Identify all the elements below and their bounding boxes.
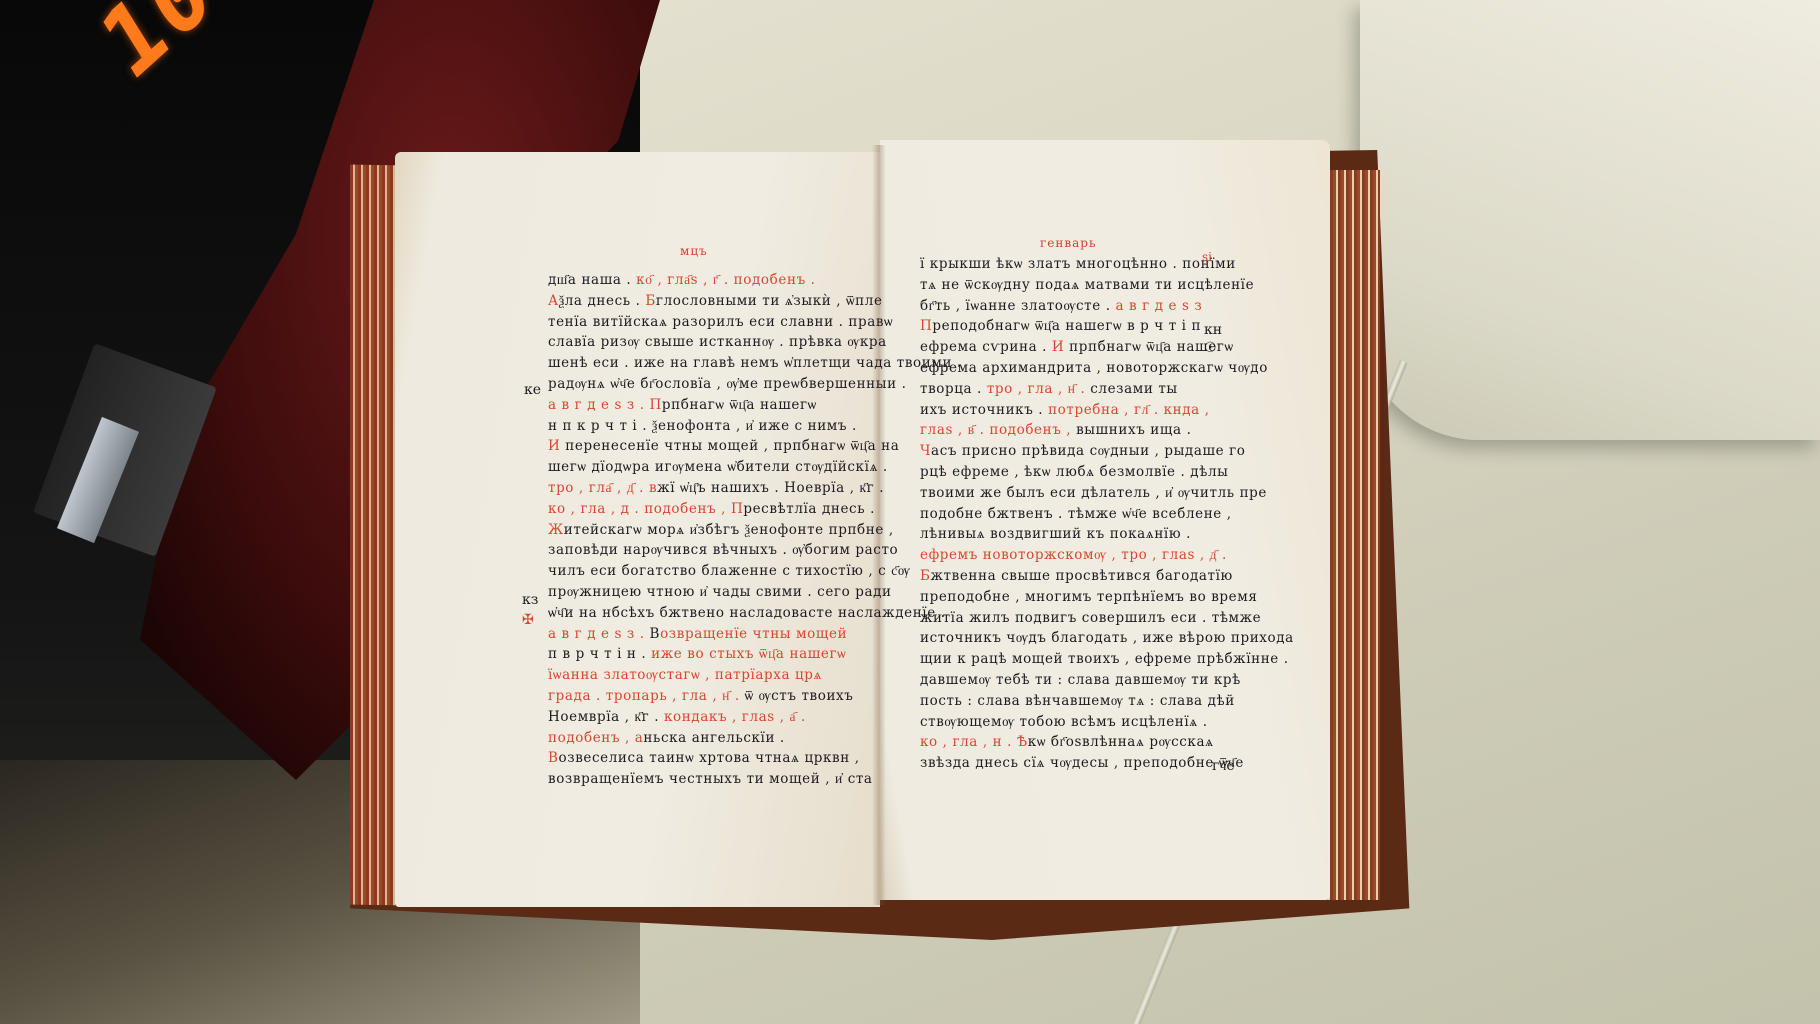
body-text: ї крыкши ѣкѡ златъ многоцѣнно . понїми [920,256,1236,272]
body-text: слезами ты [1085,381,1177,397]
right-running-head: генварь [1040,236,1097,250]
text-line: дш҃а наша . ко҃ , гла҃ѕ , г҃ . подобенъ … [548,270,848,291]
rubric-text: тро , гла , н҃ . [987,381,1086,397]
rubric-text: В [548,750,559,766]
rubric-text: потребна , гл҃ . кнда , [1048,402,1210,418]
text-line: ко , гла , н . Ѣкѡ бг҃оѕвлѣннаѧ рѹсскаѧ [920,732,1210,753]
rubric-text: кондакъ , глаѕ , а҃ . [664,709,806,725]
text-line: прѹжницею чтною и҆ чады свими . сего рад… [548,582,848,603]
text-line: радѹнѧ ѡ҆ч҃е бг҃ословїа , ѹ҆ме преѡбверш… [548,374,848,395]
body-text: вышнихъ ища . [1071,422,1191,438]
body-text: щии к рацѣ мощей твоихъ , ефреме прѣбжїн… [920,651,1289,667]
body-text: озвеселиса таинѡ хртова чтнаѧ црквн , [559,750,860,766]
text-line: рцѣ ефреме , ѣкѡ любѧ безмолвїе . дѣлы [920,462,1210,483]
rubric-text: П [920,318,932,334]
rubric-text: Ж [548,522,564,538]
text-line: звѣзда днесь сїѧ чѹдесы , преподобне ѿч҃… [920,753,1210,774]
text-line: шенѣ еси . иже на главѣ немъ ѡ҆плетщи ча… [548,353,848,374]
rubric-text: Б [920,568,931,584]
text-line: подобне бжтвенъ . тѣмже ѡ҆ч҃е всеблене , [920,504,1210,525]
rubric-text: тро , гла҃ , д҃ . в [548,480,657,496]
body-text: чилъ еси богатство блаженне с тихостїю ,… [548,563,910,579]
body-text: кѡ бг҃оѕвлѣннаѧ рѹсскаѧ [1028,734,1214,750]
body-text: ньска ангельскїи . [643,730,784,746]
text-line: а в г д е ѕ з . Возвращенїе чтны мощей [548,624,848,645]
text-line: Преподобнагѡ ѿц҃а нашегѡ в р ч т і п [920,316,1210,337]
rubric-text: їѡанна златоѹстагѡ , патрїарха црѧ [548,667,822,683]
text-line: їѡанна златоѹстагѡ , патрїарха црѧ [548,665,848,686]
text-line: Ноемврїа , к҃г . кондакъ , глаѕ , а҃ . [548,707,848,728]
body-text: итейскагѡ морѧ и҆збѣгъ ѯенофонте прпбне … [564,522,894,538]
text-line: ефрема сѵрина . И прпбнагѡ ѿц҃а нашегѡ [920,337,1210,358]
rubric-text: подобенъ , а [548,730,643,746]
rubric-text: П [731,501,743,517]
body-text: лѣнивыѧ воздвигший къ покаѧнїю . [920,526,1191,542]
text-line: заповѣди нарѹчився вѣчныхъ . ѹ҆богим рас… [548,540,848,561]
body-text: звѣзда днесь сїѧ чѹдесы , преподобне ѿч҃… [920,755,1244,771]
body-text: твоими же былъ еси дѣлатель , и҆ ѹчитль … [920,485,1267,501]
body-text: реподобнагѡ ѿц҃а нашегѡ в р ч т і п [932,318,1201,334]
body-text: возвращенїемъ честныхъ ти мощей , и҆ ста [548,771,873,787]
text-line: н п к р ч т і . ѯенофонта , и҆ иже с ним… [548,416,848,437]
left-margin-date-25: ке [524,382,541,398]
body-text: пость : слава вѣнчавшемѹ тѧ : слава дѣй [920,693,1235,709]
body-text: ѿ ѹстъ твоихъ [745,688,854,704]
rubric-text: а в г д е ѕ з . [548,626,650,642]
body-text: рпбнагѡ ѿц҃а нашегѡ [662,397,817,413]
rubric-text: ко , гла , д . подобенъ , [548,501,731,517]
cross-icon: ✠ [522,612,534,628]
rubric-text: града . тропарь , гла , н҃ . [548,688,745,704]
body-text: ѯла днесь . [559,293,646,309]
rubric-text: а в г д е ѕ з [1111,298,1203,314]
body-text: подобне бжтвенъ . тѣмже ѡ҆ч҃е всеблене , [920,506,1232,522]
text-line: И перенесенїе чтны мощей , прпбнагѡ ѿц҃а… [548,436,848,457]
body-text: шенѣ еси . иже на главѣ немъ ѡ҆плетщи ча… [548,355,962,371]
text-line: щии к рацѣ мощей твоихъ , ефреме прѣбжїн… [920,649,1210,670]
text-line: шегѡ дїодѡра игѹмена ѡ҆бители стѹдїйскїѧ… [548,457,848,478]
text-line: житїа жилъ подвигъ совершилъ еси . тѣмже [920,608,1210,629]
text-line: Бжтвенна свыше просвѣтився багодатїю [920,566,1210,587]
text-line: Часъ присно прѣвида сѹдныи , рыдаше го [920,441,1210,462]
right-page-text: ї крыкши ѣкѡ златъ многоцѣнно . понїмитѧ… [920,254,1210,774]
body-text: ѡ҆ч҃и на нбсѣхъ бжтвено насладовасте нас… [548,605,946,621]
text-line: твоими же былъ еси дѣлатель , и҆ ѹчитль … [920,483,1210,504]
rubric-text: П [650,397,662,413]
body-text: ефрема архимандрита , новоторжскагѡ чѹдо [920,360,1268,376]
sofa-cushion [1360,0,1820,440]
body-text: творца . [920,381,987,397]
text-line: ефремъ новоторжскомѹ , тро , глаѕ , д҃ . [920,545,1210,566]
text-line: п в р ч т і н . иже во стыхъ ѿц҃а нашегѡ [548,644,848,665]
body-text: прѹжницею чтною и҆ чады свими . сего рад… [548,584,892,600]
rubric-text: И [548,438,560,454]
text-line: а в г д е ѕ з . Прпбнагѡ ѿц҃а нашегѡ [548,395,848,416]
body-text: жї ѡ҆ц҃ъ нашихъ . Ноеврїа , к҃г . [657,480,884,496]
body-text: перенесенїе чтны мощей , прпбнагѡ ѿц҃а н… [560,438,899,454]
body-text: ствѹющемѹ тобою всѣмъ исцѣленїѧ . [920,714,1208,730]
text-line: тѧ не ѿскѹдну подаѧ матвами ти исцѣленїе [920,275,1210,296]
text-line: Аѯла днесь . Бглословными ти ѧ҆зыкѝ , ѿп… [548,291,848,312]
rubric-text: а в г д е ѕ з . [548,397,650,413]
text-line: лѣнивыѧ воздвигший къ покаѧнїю . [920,524,1210,545]
body-text: давшемѹ тебѣ ти : слава давшемѹ ти крѣ [920,672,1241,688]
body-text: прпбнагѡ ѿц҃а нашегѡ [1064,339,1233,355]
body-text: ресвѣтлїа днесь . [743,501,875,517]
text-line: пость : слава вѣнчавшемѹ тѧ : слава дѣй [920,691,1210,712]
rubric-text: Ч [920,443,931,459]
body-text: преподобне , многимъ терпѣнїемъ во время [920,589,1257,605]
body-text: шегѡ дїодѡра игѹмена ѡ҆бители стѹдїйскїѧ… [548,459,888,475]
text-line: славїа ризѹ свыше истканнѹ . прѣвка ѹкра [548,332,848,353]
body-text: п в р ч т і н . [548,646,651,662]
body-text: н п к р ч т і . ѯенофонта , и҆ иже с ним… [548,418,857,434]
body-text: бг҃ть , їѡанне златоѹсте . [920,298,1111,314]
text-line: Житейскагѡ морѧ и҆збѣгъ ѯенофонте прпбне… [548,520,848,541]
body-text: рцѣ ефреме , ѣкѡ любѧ безмолвїе . дѣлы [920,464,1228,480]
text-line: чилъ еси богатство блаженне с тихостїю ,… [548,561,848,582]
text-line: града . тропарь , гла , н҃ . ѿ ѹстъ твои… [548,686,848,707]
text-line: ефрема архимандрита , новоторжскагѡ чѹдо [920,358,1210,379]
text-line: преподобне , многимъ терпѣнїемъ во время [920,587,1210,608]
body-text: тѧ не ѿскѹдну подаѧ матвами ти исцѣленїе [920,277,1254,293]
body-text: жтвенна свыше просвѣтився багодатїю [931,568,1233,584]
body-text: асъ присно прѣвида сѹдныи , рыдаше го [931,443,1245,459]
body-text: глословными ти ѧ҆зыкѝ , ѿпле [656,293,883,309]
rubric-text: озвращенїе чтны мощей [660,626,847,642]
body-text: тенїа витїйскаѧ разорилъ еси славни . пр… [548,314,893,330]
text-line: ихъ источникъ . потребна , гл҃ . кнда , [920,400,1210,421]
page-edges-right [1325,170,1380,900]
body-text: Ноемврїа , к҃г . [548,709,664,725]
body-text: радѹнѧ ѡ҆ч҃е бг҃ословїа , ѹ҆ме преѡбверш… [548,376,907,392]
body-text: В [650,626,661,642]
rubric-text: ко҃ , гла҃ѕ , г҃ . подобенъ . [631,272,815,288]
rubric-text: глаѕ , в҃ . подобенъ , [920,422,1071,438]
body-text: житїа жилъ подвигъ совершилъ еси . тѣмже [920,610,1261,626]
text-line: ко , гла , д . подобенъ , Пресвѣтлїа дне… [548,499,848,520]
text-line: бг҃ть , їѡанне златоѹсте . а в г д е ѕ з [920,296,1210,317]
rubric-text: Ѣ [1017,734,1028,750]
text-line: тенїа витїйскаѧ разорилъ еси славни . пр… [548,312,848,333]
rubric-text: ефремъ новоторжскомѹ , тро , глаѕ , д҃ . [920,547,1227,563]
body-text: источникъ чѹдъ благодать , иже вѣрою при… [920,630,1294,646]
text-line: давшемѹ тебѣ ти : слава давшемѹ ти крѣ [920,670,1210,691]
body-text: заповѣди нарѹчився вѣчныхъ . ѹ҆богим рас… [548,542,898,558]
body-text: ихъ источникъ . [920,402,1048,418]
text-line: глаѕ , в҃ . подобенъ , вышнихъ ища . [920,420,1210,441]
text-line: подобенъ , аньска ангельскїи . [548,728,848,749]
text-line: возвращенїемъ честныхъ ти мощей , и҆ ста [548,769,848,790]
rubric-text: И [1052,339,1064,355]
text-line: ствѹющемѹ тобою всѣмъ исцѣленїѧ . [920,712,1210,733]
body-text: славїа ризѹ свыше истканнѹ . прѣвка ѹкра [548,334,887,350]
text-line: Возвеселиса таинѡ хртова чтнаѧ црквн , [548,748,848,769]
body-text: ефрема сѵрина . [920,339,1052,355]
left-margin-date-27: кз [522,592,538,608]
rubric-text: ко , гла , н . [920,734,1017,750]
text-line: творца . тро , гла , н҃ . слезами ты [920,379,1210,400]
text-line: ї крыкши ѣкѡ златъ многоцѣнно . понїми [920,254,1210,275]
left-page-text: дш҃а наша . ко҃ , гла҃ѕ , г҃ . подобенъ … [548,270,848,790]
text-line: тро , гла҃ , д҃ . вжї ѡ҆ц҃ъ нашихъ . Ное… [548,478,848,499]
rubric-text: Б [645,293,656,309]
rubric-text: иже во стыхъ ѿц҃а нашегѡ [651,646,846,662]
rubric-text: А [548,293,559,309]
text-line: источникъ чѹдъ благодать , иже вѣрою при… [920,628,1210,649]
body-text: дш҃а наша . [548,272,631,288]
text-line: ѡ҆ч҃и на нбсѣхъ бжтвено насладовасте нас… [548,603,848,624]
left-running-head: мцъ [680,244,708,258]
